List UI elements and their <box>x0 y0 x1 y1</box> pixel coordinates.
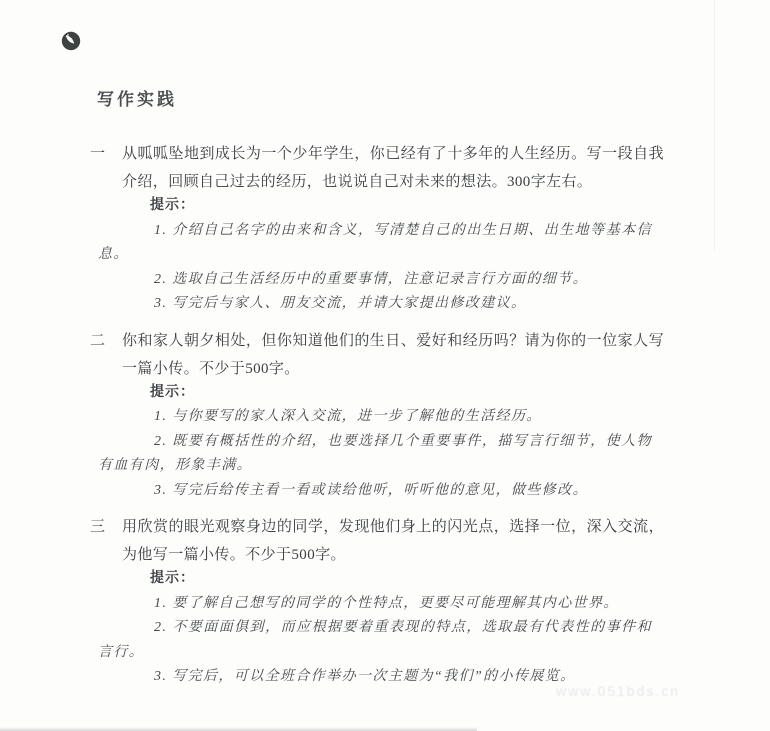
faint-watermark: www.051bds.cn <box>556 683 680 699</box>
hint-item: 2. 既要有概括性的介绍，也要选择几个重要事件，描写言行细节，使人物有血有肉，形… <box>98 430 652 479</box>
hint-item: 3. 写完后与家人、朋友交流，并请大家提出修改建议。 <box>98 292 652 317</box>
hint-item: 1. 与你要写的家人深入交流，进一步了解他的生活经历。 <box>98 405 652 430</box>
section-number: 二 <box>90 327 122 355</box>
exercise-prompt-row: 一 从呱呱坠地到成长为一个少年学生，你已经有了十多年的人生经历。写一段自我介绍，… <box>90 140 664 196</box>
scan-fold-line <box>714 0 715 250</box>
hint-item: 1. 介绍自己名字的由来和含义，写清楚自己的出生日期、出生地等基本信息。 <box>98 219 652 268</box>
scan-edge-shadow <box>0 727 477 731</box>
hint-item: 2. 选取自己生活经历中的重要事情，注意记录言行方面的细节。 <box>98 268 652 293</box>
hint-label: 提示： <box>98 567 664 592</box>
page-title: 写作实践 <box>97 85 177 110</box>
hint-item: 2. 不要面面俱到，而应根据要着重表现的特点，选取最有代表性的事件和言行。 <box>98 616 652 665</box>
exercise-prompt: 你和家人朝夕相处，但你知道他们的生日、爱好和经历吗？请为你的一位家人写一篇小传。… <box>122 327 664 383</box>
publisher-logo-icon <box>61 31 81 51</box>
exercise-list: 一 从呱呱坠地到成长为一个少年学生，你已经有了十多年的人生经历。写一段自我介绍，… <box>90 140 664 700</box>
exercise-prompt: 用欣赏的眼光观察身边的同学，发现他们身上的闪光点，选择一位，深入交流，为他写一篇… <box>122 513 664 569</box>
hint-item: 1. 要了解自己想写的同学的个性特点，更要尽可能理解其内心世界。 <box>98 592 652 617</box>
section-number: 一 <box>90 140 122 168</box>
exercise-prompt: 从呱呱坠地到成长为一个少年学生，你已经有了十多年的人生经历。写一段自我介绍，回顾… <box>122 140 664 196</box>
exercise-section-2: 二 你和家人朝夕相处，但你知道他们的生日、爱好和经历吗？请为你的一位家人写一篇小… <box>90 327 664 504</box>
section-number: 三 <box>90 513 122 541</box>
hint-label: 提示： <box>98 194 664 219</box>
hint-item: 3. 写完后给传主看一看或读给他听，听听他的意见，做些修改。 <box>98 479 652 504</box>
textbook-page: 写作实践 一 从呱呱坠地到成长为一个少年学生，你已经有了十多年的人生经历。写一段… <box>0 0 770 731</box>
exercise-section-1: 一 从呱呱坠地到成长为一个少年学生，你已经有了十多年的人生经历。写一段自我介绍，… <box>90 140 664 317</box>
exercise-prompt-row: 二 你和家人朝夕相处，但你知道他们的生日、爱好和经历吗？请为你的一位家人写一篇小… <box>90 327 664 383</box>
hint-label: 提示： <box>98 381 664 406</box>
exercise-section-3: 三 用欣赏的眼光观察身边的同学，发现他们身上的闪光点，选择一位，深入交流，为他写… <box>90 513 664 690</box>
exercise-prompt-row: 三 用欣赏的眼光观察身边的同学，发现他们身上的闪光点，选择一位，深入交流，为他写… <box>90 513 664 569</box>
